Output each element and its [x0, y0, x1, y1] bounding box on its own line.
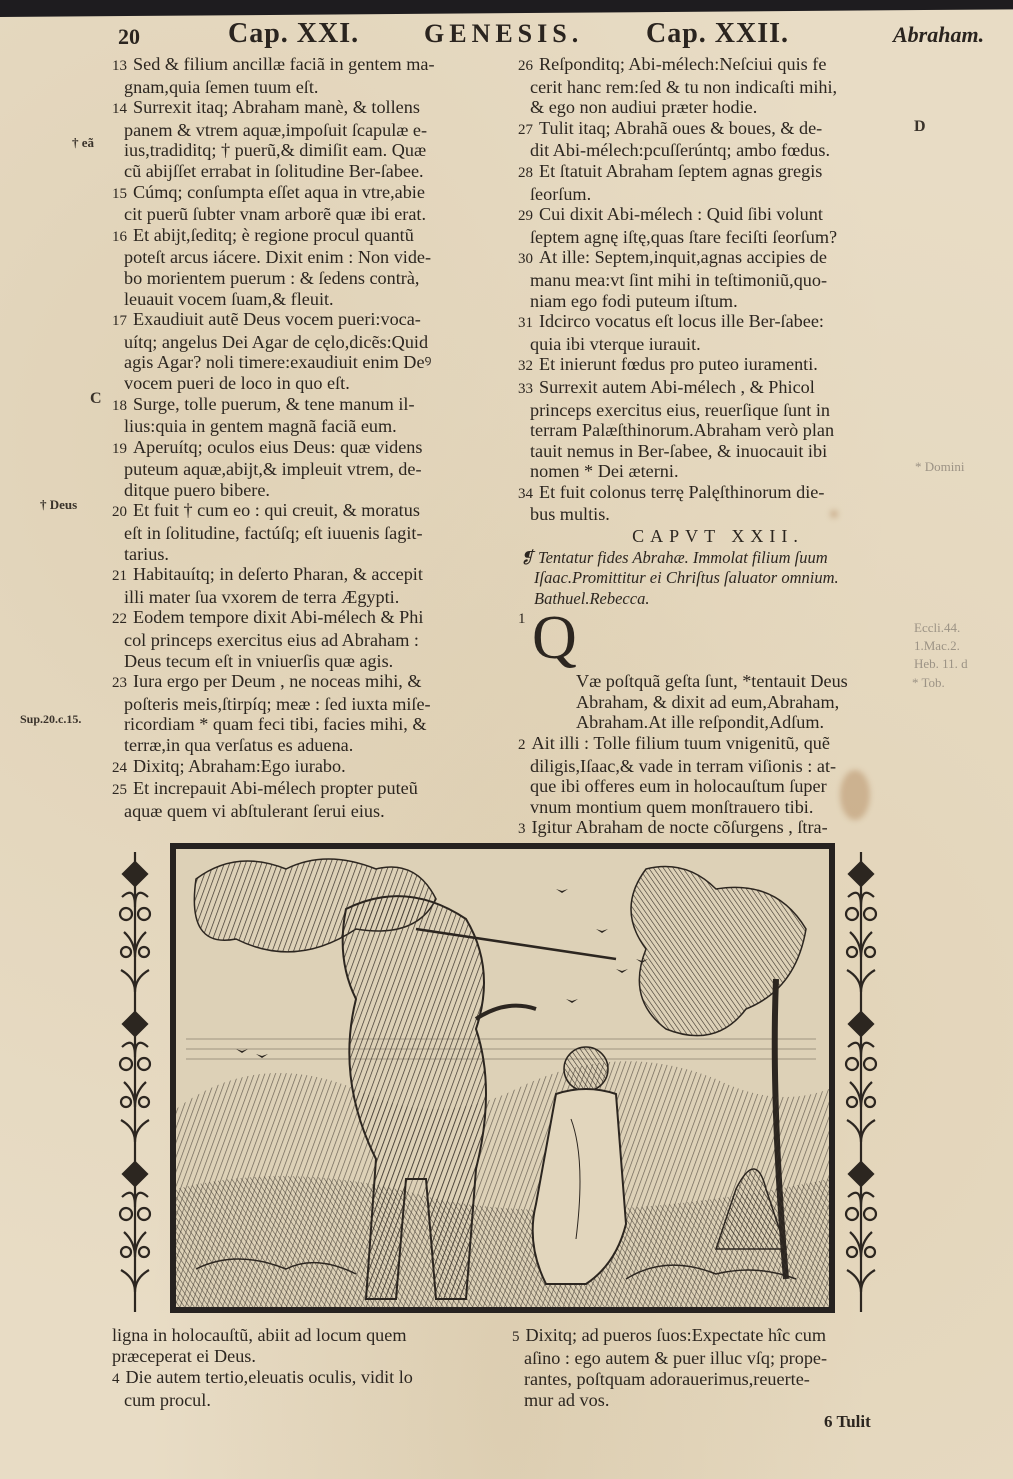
verse-2: 2Ait illi : Tolle filium tuum vnigenitũ,… — [518, 733, 908, 817]
verse-13: 13Sed & filium ancillæ faciã in gentem m… — [112, 54, 502, 97]
verse-26: 26Reſponditq; Abi-mélech:Neſciui quis fe… — [518, 54, 908, 118]
verse-30: 30At ille: Septem,inquit,agnas accipies … — [518, 247, 908, 311]
book-title: GENESIS. — [424, 19, 583, 49]
verse-5: 5Dixitq; ad pueros ſuos:Expectate hîc cu… — [512, 1325, 902, 1411]
verse-19: 19Aperuítq; oculos eius Deus: quæ videns… — [112, 437, 502, 501]
verse-31: 31Idcirco vocatus eſt locus ille Ber-ſab… — [518, 311, 908, 354]
margin-note: † Deus — [40, 497, 77, 513]
margin-cross-reference: * Tob. — [912, 675, 945, 691]
bottom-right-column: 5Dixitq; ad pueros ſuos:Expectate hîc cu… — [512, 1325, 902, 1411]
margin-cross-reference: 1.Mac.2. — [914, 638, 960, 654]
verse-4: 4Die autem tertio,eleuatis oculis, vidit… — [112, 1367, 502, 1411]
verse-29: 29Cui dixit Abi-mélech : Quid ſibi volun… — [518, 204, 908, 247]
verse-1-dropcap: 1 Q Væ poſtquã geſta ſunt, *tentauit Deu… — [518, 609, 908, 733]
verse-27: 27Tulit itaq; Abrahã oues & boues, & de-… — [518, 118, 908, 161]
woodcut-scene — [176, 849, 829, 1307]
verse-17: 17Exaudiuit autẽ Deus vocem pueri:voca- … — [112, 309, 502, 393]
verse-3-continuation: ligna in holocauſtũ, abiit ad locum quem… — [112, 1325, 502, 1367]
margin-cross-reference: Heb. 11. d — [914, 656, 968, 672]
verse-24: 24Dixitq; Abraham:Ego iurabo. — [112, 756, 502, 779]
ornament-border-right — [842, 852, 880, 1312]
verse-22: 22Eodem tempore dixit Abi-mélech & Phi c… — [112, 607, 502, 671]
margin-section-letter: C — [90, 390, 102, 408]
drop-cap-initial: Q — [532, 607, 577, 669]
verse-34: 34Et fuit colonus terrę Palęſthinorum di… — [518, 482, 908, 525]
woodcut-illustration — [170, 843, 835, 1313]
topic-heading: Abraham. — [893, 22, 984, 48]
verse-18: 18Surge, tolle puerum, & tene manum il- … — [112, 394, 502, 437]
verse-15: 15Cúmq; conſumpta eſſet aqua in vtre,abi… — [112, 182, 502, 225]
chapter-right: Cap. XXII. — [646, 18, 789, 50]
verse-25: 25Et increpauit Abi-mélech propter puteũ… — [112, 778, 502, 821]
bottom-left-column: ligna in holocauſtũ, abiit ad locum quem… — [112, 1325, 502, 1411]
verse-32: 32Et inierunt fœdus pro puteo iuramenti. — [518, 354, 908, 377]
right-column: 26Reſponditq; Abi-mélech:Neſciui quis fe… — [518, 54, 908, 881]
verse-16: 16Et abijt,ſeditq; è regione procul quan… — [112, 225, 502, 309]
left-column: 13Sed & filium ancillæ faciã in gentem m… — [112, 54, 502, 821]
ornament-border-left — [116, 852, 154, 1312]
verse-23: 23Iura ergo per Deum , ne noceas mihi, &… — [112, 671, 502, 755]
margin-cross-reference: Sup.20.c.15. — [20, 712, 81, 727]
catchword: 6 Tulit — [824, 1412, 871, 1432]
verse-21: 21Habitauítq; in deſerto Pharan, & accep… — [112, 564, 502, 607]
margin-section-letter: D — [914, 118, 926, 136]
verse-28: 28Et ſtatuit Abraham ſeptem agnas gregis… — [518, 161, 908, 204]
chapter-heading: CAPVT XXII. — [518, 526, 908, 547]
page-number: 20 — [118, 24, 140, 50]
chapter-summary: ❡ Tentatur fides Abrahæ. Immolat filium … — [518, 548, 908, 610]
verse-14: 14Surrexit itaq; Abraham manè, & tollens… — [112, 97, 502, 181]
verse-33: 33Surrexit autem Abi-mélech , & Phicol p… — [518, 377, 908, 482]
chapter-left: Cap. XXI. — [228, 18, 359, 50]
running-head: 20 Cap. XXI. GENESIS. Cap. XXII. Abraham… — [0, 16, 1013, 52]
margin-cross-reference: Eccli.44. — [914, 620, 960, 636]
margin-note: † eã — [72, 135, 94, 151]
verse-20: 20Et fuit † cum eo : qui creuit, & morat… — [112, 500, 502, 564]
margin-note: * Domini — [915, 459, 964, 475]
